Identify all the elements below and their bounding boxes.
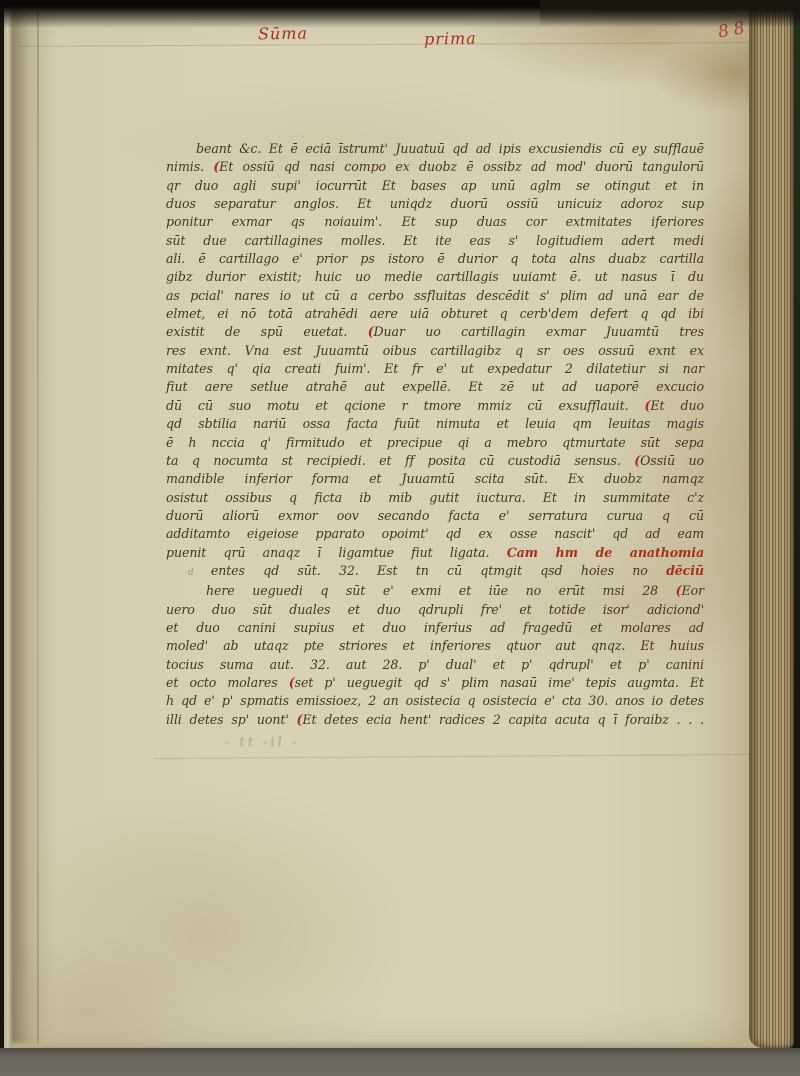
- ink-text: res exnt. Vna est Juuamtū oibus cartilla…: [166, 343, 704, 358]
- vertical-crease: [37, 4, 39, 1050]
- ink-text: uero duo sūt duales et duo qdrupli fre' …: [166, 602, 704, 617]
- red-ink-text: dēciū: [666, 563, 704, 578]
- manuscript-line: dū cū suo motu et qcione r tmore mmiz cū…: [166, 397, 704, 415]
- ink-text: ē h nccia q' firmitudo et precipue qi a …: [166, 435, 704, 450]
- ink-text: osistut ossibus q ficta ib mib gutit iuc…: [166, 490, 704, 505]
- manuscript-line: illi detes sp' uont' (Et detes ecia hent…: [166, 711, 704, 729]
- ink-text: Eor: [682, 583, 705, 598]
- ink-text: as pcial' nares io ut cū a cerbo ssfluit…: [166, 288, 704, 303]
- manuscript-line: existit de spū euetat. (Duar uo cartilla…: [166, 323, 704, 341]
- ink-text: qr duo agli supi' iocurrūt Et bases ap u…: [166, 178, 704, 193]
- ink-text: dū cū suo motu et qcione r tmore mmiz cū…: [166, 398, 645, 413]
- manuscript-line: res exnt. Vna est Juuamtū oibus cartilla…: [166, 342, 704, 360]
- manuscript-line: h qd e' p' spmatis emissioez, 2 an osist…: [166, 692, 704, 710]
- ink-text: entes qd sūt. 32. Est tn cū qtmgit qsd h…: [211, 563, 666, 578]
- manuscript-line: duorū aliorū exmor oov secando facta e' …: [166, 507, 704, 525]
- ink-text: fiut aere setlue atrahē aut expellē. Et …: [166, 379, 704, 394]
- ink-text: ta q nocumta st recipiedi. et ff posita …: [166, 453, 634, 468]
- manuscript-line: nimis. (Et ossiū qd nasi compo ex duobz …: [166, 158, 704, 176]
- manuscript-line: mitates q' qia creati fuim'. Et fr e' ut…: [166, 360, 704, 378]
- manuscript-line: fiut aere setlue atrahē aut expellē. Et …: [166, 378, 704, 396]
- ink-text: puenit qrū anaqz ī ligamtue fiut ligata.: [166, 545, 507, 560]
- red-ink-text: Cam hm de anathomia: [507, 545, 704, 560]
- manuscript-line: et duo canini supius et duo inferius ad …: [166, 619, 704, 637]
- manuscript-line: d entes qd sūt. 32. Est tn cū qtmgit qsd…: [166, 562, 704, 582]
- horizontal-crease: [154, 754, 754, 759]
- manuscript-line: ē h nccia q' firmitudo et precipue qi a …: [166, 434, 704, 452]
- ink-text: existit de spū euetat.: [166, 324, 368, 339]
- ink-text: sūt due cartillagines molles. Et ite eas…: [166, 233, 704, 248]
- ink-text: nimis.: [166, 159, 213, 174]
- ink-text: here ueguedi q sūt e' exmi et iūe no erū…: [206, 583, 676, 598]
- previous-page-edge: [4, 4, 13, 1054]
- ink-text: et octo molares: [166, 675, 289, 690]
- ink-text: Ossiū uo: [640, 453, 704, 468]
- running-title-right: prima: [424, 29, 477, 49]
- ink-text: illi detes sp' uont': [166, 712, 297, 727]
- manuscript-line: elmet, ei nō totā atrahēdi aere uiā obtu…: [166, 305, 704, 323]
- ink-text: ali. ē cartillago e' prior ps istoro ē d…: [166, 251, 704, 266]
- ink-text: gibz durior existit; huic uo medie carti…: [166, 269, 704, 284]
- manuscript-line: qd sbtilia nariū ossa facta fuūt nimuta …: [166, 415, 704, 433]
- manuscript-line: as pcial' nares io ut cū a cerbo ssfluit…: [166, 287, 704, 305]
- ink-text: Et ossiū qd nasi compo ex duobz ē ossibz…: [219, 159, 704, 174]
- ink-text: elmet, ei nō totā atrahēdi aere uiā obtu…: [166, 306, 704, 321]
- ink-text: qd sbtilia nariū ossa facta fuūt nimuta …: [166, 416, 704, 431]
- manuscript-line: additamto eigeiose pparato opoimt' qd ex…: [166, 525, 704, 543]
- manuscript-line: tocius suma aut. 32. aut 28. p' dual' et…: [166, 656, 704, 674]
- manuscript-line: mandible inferior forma et Juuamtū scita…: [166, 470, 704, 488]
- book-fore-edge: [749, 8, 794, 1048]
- manuscript-line: moled' ab utaqz pte striores et inferior…: [166, 637, 704, 655]
- ink-text: set p' ueguegit qd s' plim nasaū ime' te…: [295, 675, 704, 690]
- manuscript-line: et octo molares (set p' ueguegit qd s' p…: [166, 674, 704, 692]
- ink-text: duorū aliorū exmor oov secando facta e' …: [166, 508, 704, 523]
- ink-text: beant &c. Et ē eciā īstrumt' Juuatuū qd …: [196, 141, 704, 156]
- manuscript-line: ta q nocumta st recipiedi. et ff posita …: [166, 452, 704, 470]
- gutter-fold-shadow: [13, 4, 57, 1050]
- ink-text: duos separatur anglos. Et uniqdz duorū o…: [166, 196, 704, 211]
- manuscript-line: ali. ē cartillago e' prior ps istoro ē d…: [166, 250, 704, 268]
- ink-text: mandible inferior forma et Juuamtū scita…: [166, 471, 704, 486]
- manuscript-line: osistut ossibus q ficta ib mib gutit iuc…: [166, 489, 704, 507]
- running-title-left: Sūma: [258, 24, 308, 44]
- manuscript-line: here ueguedi q sūt e' exmi et iūe no erū…: [166, 582, 704, 600]
- erased-catchword: - tt -il -: [225, 735, 365, 750]
- manuscript-line: beant &c. Et ē eciā īstrumt' Juuatuū qd …: [166, 140, 704, 158]
- manuscript-line: gibz durior existit; huic uo medie carti…: [166, 268, 704, 286]
- table-surface: [0, 1048, 800, 1076]
- ink-text: additamto eigeiose pparato opoimt' qd ex…: [166, 526, 704, 541]
- ink-text: Et duo: [650, 398, 704, 413]
- manuscript-photo: Sūma prima 88 beant &c. Et ē eciā īstrum…: [0, 0, 800, 1076]
- ink-text: h qd e' p' spmatis emissioez, 2 an osist…: [166, 693, 704, 708]
- manuscript-page: Sūma prima 88 beant &c. Et ē eciā īstrum…: [4, 4, 762, 1050]
- faint-ruling-line: [18, 42, 748, 47]
- manuscript-line: uero duo sūt duales et duo qdrupli fre' …: [166, 601, 704, 619]
- guide-letter: d: [188, 568, 211, 578]
- manuscript-line: duos separatur anglos. Et uniqdz duorū o…: [166, 195, 704, 213]
- ink-text: mitates q' qia creati fuim'. Et fr e' ut…: [166, 361, 704, 376]
- ink-text: ponitur exmar qs noiauim'. Et sup duas c…: [166, 214, 704, 229]
- ink-text: moled' ab utaqz pte striores et inferior…: [166, 638, 704, 653]
- manuscript-line: qr duo agli supi' iocurrūt Et bases ap u…: [166, 177, 704, 195]
- manuscript-line: ponitur exmar qs noiauim'. Et sup duas c…: [166, 213, 704, 231]
- ink-text: Duar uo cartillagin exmar Juuamtū tres: [374, 324, 704, 339]
- ink-text: tocius suma aut. 32. aut 28. p' dual' et…: [166, 657, 704, 672]
- ink-text: Et detes ecia hent' radices 2 capita acu…: [302, 712, 704, 727]
- manuscript-line: puenit qrū anaqz ī ligamtue fiut ligata.…: [166, 544, 704, 562]
- ink-text: et duo canini supius et duo inferius ad …: [166, 620, 704, 635]
- folio-number: 88: [717, 17, 752, 42]
- manuscript-line: sūt due cartillagines molles. Et ite eas…: [166, 232, 704, 250]
- manuscript-text-block: beant &c. Et ē eciā īstrumt' Juuatuū qd …: [166, 140, 704, 729]
